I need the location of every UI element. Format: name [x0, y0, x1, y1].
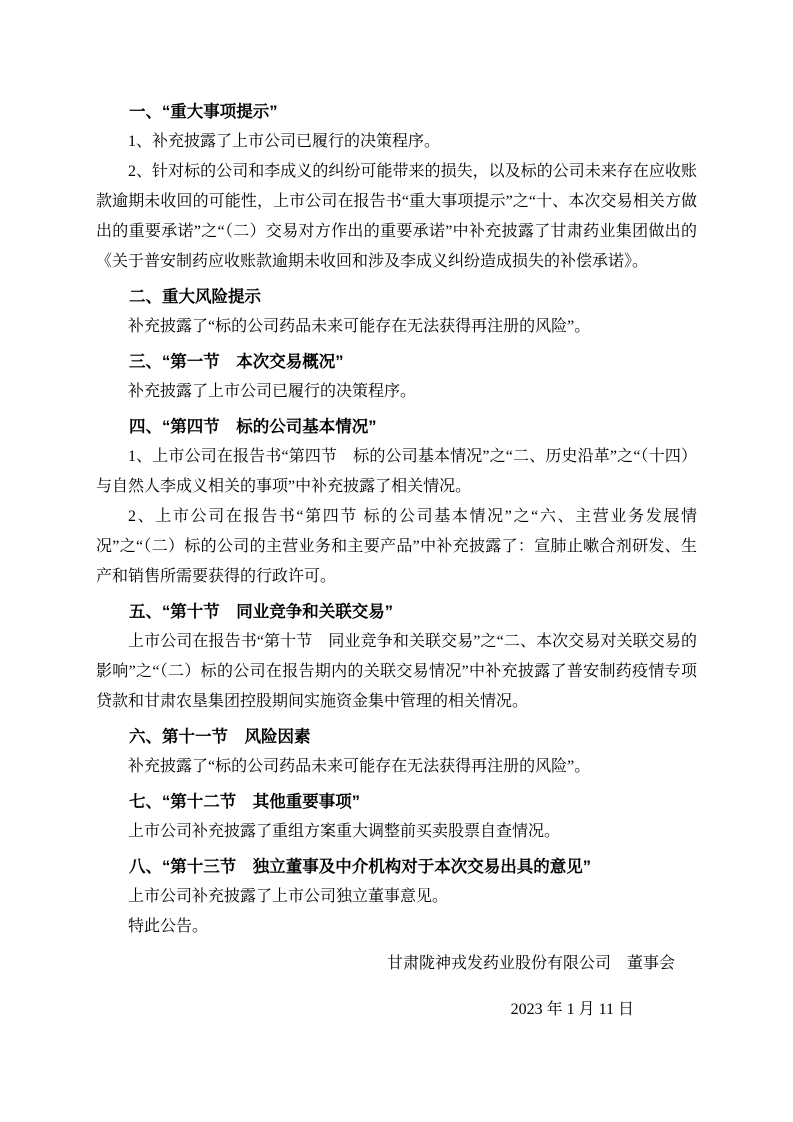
- section-heading-independent-directors-opinion: 八、“第十三节 独立董事及中介机构对于本次交易出具的意见”: [96, 852, 697, 882]
- section-heading-transaction-overview: 三、“第一节 本次交易概况”: [96, 347, 697, 377]
- document-page: 一、“重大事项提示” 1、补充披露了上市公司已履行的决策程序。 2、针对标的公司…: [0, 0, 793, 1122]
- paragraph-reregistration-risk-2: 补充披露了“标的公司药品未来可能存在无法获得再注册的风险”。: [96, 752, 697, 782]
- paragraph-stock-trading-self-check: 上市公司补充披露了重组方案重大调整前买卖股票自查情况。: [96, 817, 697, 847]
- announcement-body: 一、“重大事项提示” 1、补充披露了上市公司已履行的决策程序。 2、针对标的公司…: [96, 97, 697, 1025]
- paragraph-history-li-chengyi: 1、上市公司在报告书“第四节 标的公司基本情况”之“二、历史沿革”之“（十四）与…: [96, 442, 697, 502]
- paragraph-dispute-compensation: 2、针对标的公司和李成义的纠纷可能带来的损失，以及标的公司未来存在应收账款逾期未…: [96, 157, 697, 277]
- paragraph-announcement-closing: 特此公告。: [96, 912, 697, 942]
- paragraph-independent-directors-opinion: 上市公司补充披露了上市公司独立董事意见。: [96, 882, 697, 912]
- paragraph-related-transactions-detail: 上市公司在报告书“第十节 同业竞争和关联交易”之“二、本次交易对关联交易的影响”…: [96, 627, 697, 717]
- signature-date: 2023 年 1 月 11 日: [96, 995, 697, 1025]
- paragraph-decision-procedure-2: 补充披露了上市公司已履行的决策程序。: [96, 377, 697, 407]
- section-heading-risk-factors: 六、第十一节 风险因素: [96, 722, 697, 752]
- signature-company-board: 甘肃陇神戎发药业股份有限公司 董事会: [96, 949, 697, 979]
- section-heading-competition-related-transactions: 五、“第十节 同业竞争和关联交易”: [96, 597, 697, 627]
- paragraph-reregistration-risk-1: 补充披露了“标的公司药品未来可能存在无法获得再注册的风险”。: [96, 312, 697, 342]
- paragraph-main-business-licenses: 2、上市公司在报告书“第四节 标的公司基本情况”之“六、主营业务发展情况”之“（…: [96, 502, 697, 592]
- section-heading-target-company-basics: 四、“第四节 标的公司基本情况”: [96, 412, 697, 442]
- section-heading-other-important-matters: 七、“第十二节 其他重要事项”: [96, 787, 697, 817]
- section-heading-major-events: 一、“重大事项提示”: [96, 97, 697, 127]
- section-heading-major-risks: 二、重大风险提示: [96, 282, 697, 312]
- paragraph-decision-procedure-1: 1、补充披露了上市公司已履行的决策程序。: [96, 127, 697, 157]
